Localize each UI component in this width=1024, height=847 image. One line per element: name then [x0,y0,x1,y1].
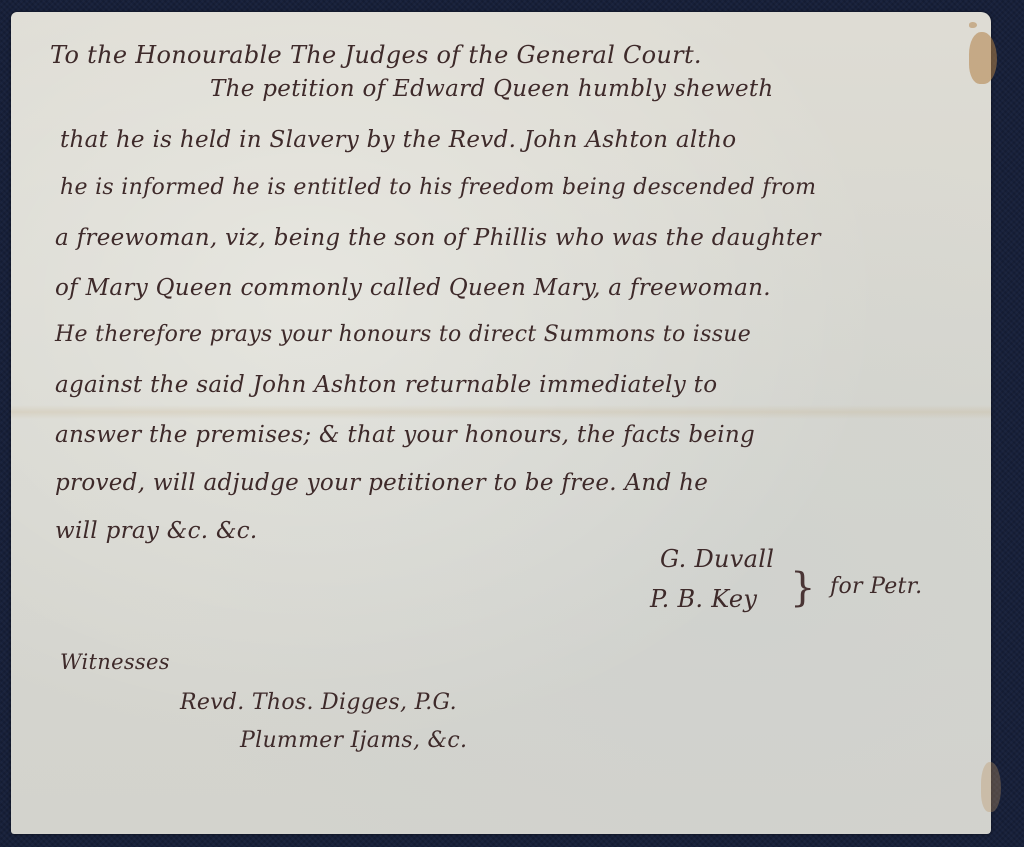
body-line: of Mary Queen commonly called Queen Mary… [55,275,771,301]
body-line: will pray &c. &c. [55,518,258,544]
body-line: proved, will adjudge your petitioner to … [55,470,708,496]
body-line: He therefore prays your honours to direc… [55,322,751,347]
address-line: To the Honourable The Judges of the Gene… [50,41,702,69]
body-line: The petition of Edward Queen humbly shew… [210,76,774,102]
body-line: that he is held in Slavery by the Revd. … [60,127,736,153]
water-stain [981,762,1001,812]
witness-entry: Revd. Thos. Digges, P.G. [180,690,457,715]
witness-entry: Plummer Ijams, &c. [240,728,467,753]
signature-role: for Petr. [830,574,922,599]
water-stain [969,32,997,84]
paper-fold [11,405,991,419]
signature-key: P. B. Key [650,585,757,613]
signature-brace: } [790,565,816,611]
body-line: he is informed he is entitled to his fre… [60,175,816,200]
witnesses-label: Witnesses [60,650,170,674]
signature-duvall: G. Duvall [660,545,774,573]
body-line: a freewoman, viz, being the son of Phill… [55,225,821,251]
water-stain [969,22,977,28]
body-line: answer the premises; & that your honours… [55,422,755,448]
body-line: against the said John Ashton returnable … [55,372,717,398]
